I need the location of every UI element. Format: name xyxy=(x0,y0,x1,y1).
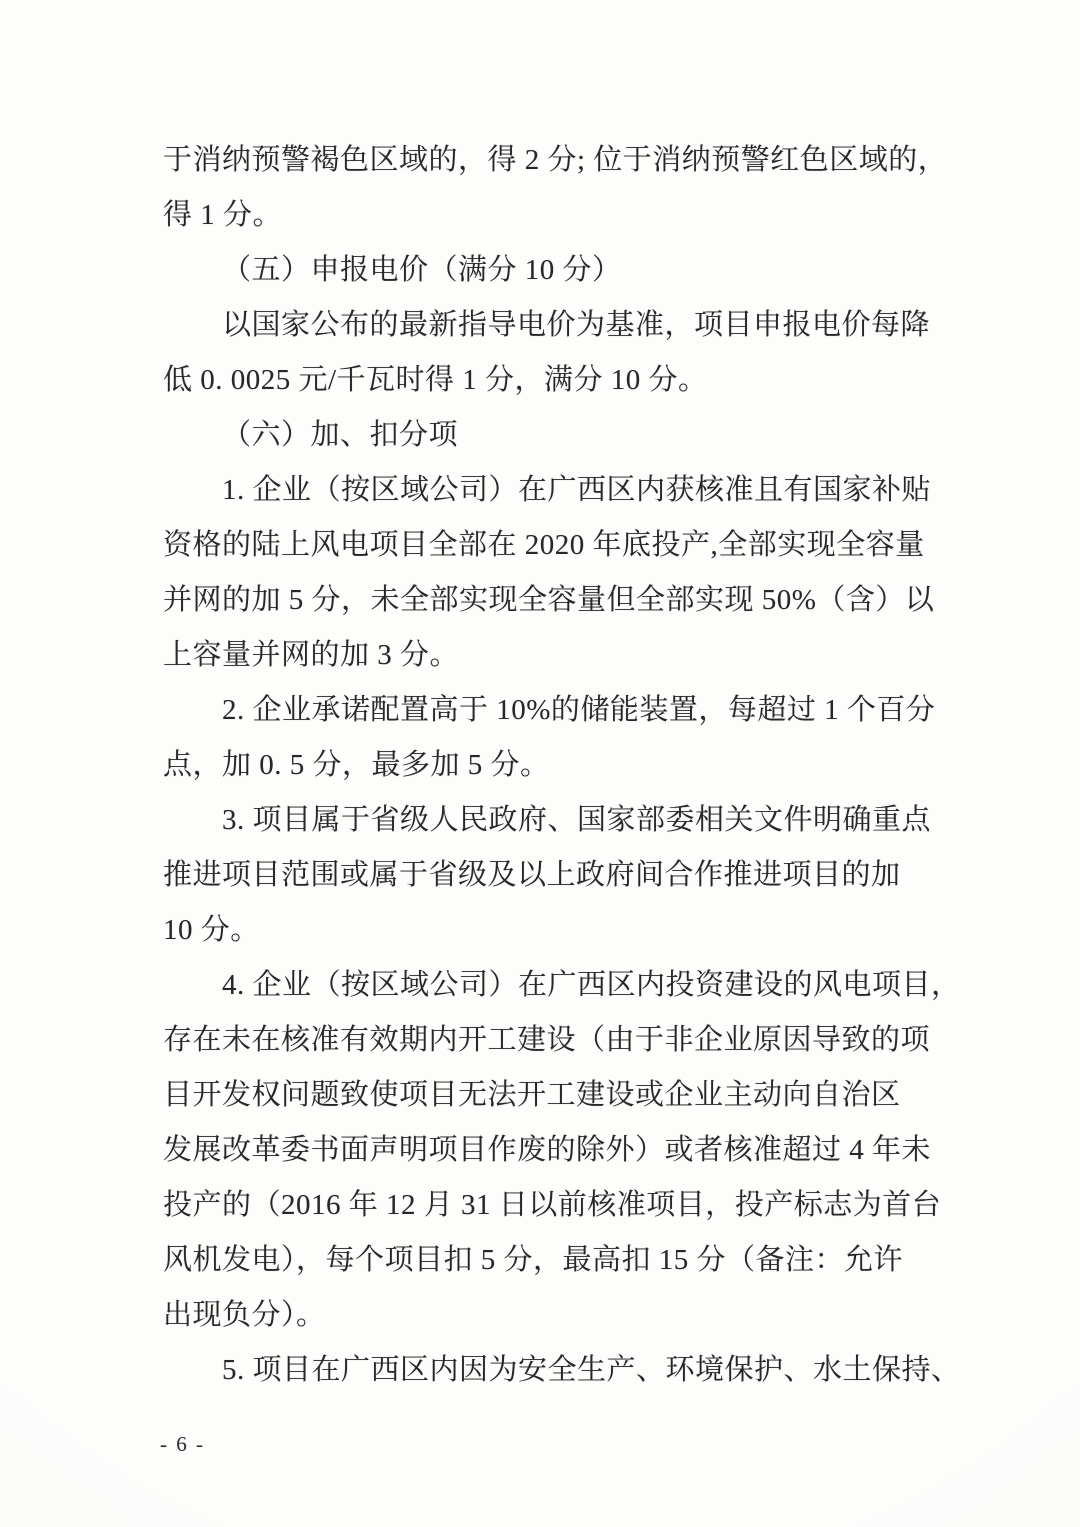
text-line: 4. 企业（按区域公司）在广西区内投资建设的风电项目， xyxy=(163,958,973,1013)
text-line: 风机发电），每个项目扣 5 分，最高扣 15 分（备注：允许 xyxy=(163,1233,973,1288)
text-line: 2. 企业承诺配置高于 10%的储能装置，每超过 1 个百分 xyxy=(163,683,973,738)
text-line: 出现负分）。 xyxy=(163,1288,973,1343)
text-line: 3. 项目属于省级人民政府、国家部委相关文件明确重点 xyxy=(163,793,973,848)
document-body: 于消纳预警褐色区域的，得 2 分; 位于消纳预警红色区域的，得 1 分。（五）申… xyxy=(163,133,973,1398)
text-line: 目开发权问题致使项目无法开工建设或企业主动向自治区 xyxy=(163,1068,973,1123)
text-line: 点，加 0. 5 分，最多加 5 分。 xyxy=(163,738,973,793)
text-line: 10 分。 xyxy=(163,903,973,958)
text-line: 以国家公布的最新指导电价为基准，项目申报电价每降 xyxy=(163,298,973,353)
text-line: 投产的（2016 年 12 月 31 日以前核准项目，投产标志为首台 xyxy=(163,1178,973,1233)
text-line: 得 1 分。 xyxy=(163,188,973,243)
page-number: - 6 - xyxy=(160,1430,205,1458)
text-line: 5. 项目在广西区内因为安全生产、环境保护、水土保持、 xyxy=(163,1343,973,1398)
text-line: （五）申报电价（满分 10 分） xyxy=(163,243,973,298)
text-line: 于消纳预警褐色区域的，得 2 分; 位于消纳预警红色区域的， xyxy=(163,133,973,188)
text-line: 存在未在核准有效期内开工建设（由于非企业原因导致的项 xyxy=(163,1013,973,1068)
text-line: 发展改革委书面声明项目作废的除外）或者核准超过 4 年未 xyxy=(163,1123,973,1178)
text-line: 1. 企业（按区域公司）在广西区内获核准且有国家补贴 xyxy=(163,463,973,518)
text-line: 低 0. 0025 元/千瓦时得 1 分，满分 10 分。 xyxy=(163,353,973,408)
text-line: 上容量并网的加 3 分。 xyxy=(163,628,973,683)
text-line: （六）加、扣分项 xyxy=(163,408,973,463)
text-line: 并网的加 5 分，未全部实现全容量但全部实现 50%（含）以 xyxy=(163,573,973,628)
text-line: 资格的陆上风电项目全部在 2020 年底投产,全部实现全容量 xyxy=(163,518,973,573)
text-line: 推进项目范围或属于省级及以上政府间合作推进项目的加 xyxy=(163,848,973,903)
document-page: 于消纳预警褐色区域的，得 2 分; 位于消纳预警红色区域的，得 1 分。（五）申… xyxy=(0,0,1080,1527)
